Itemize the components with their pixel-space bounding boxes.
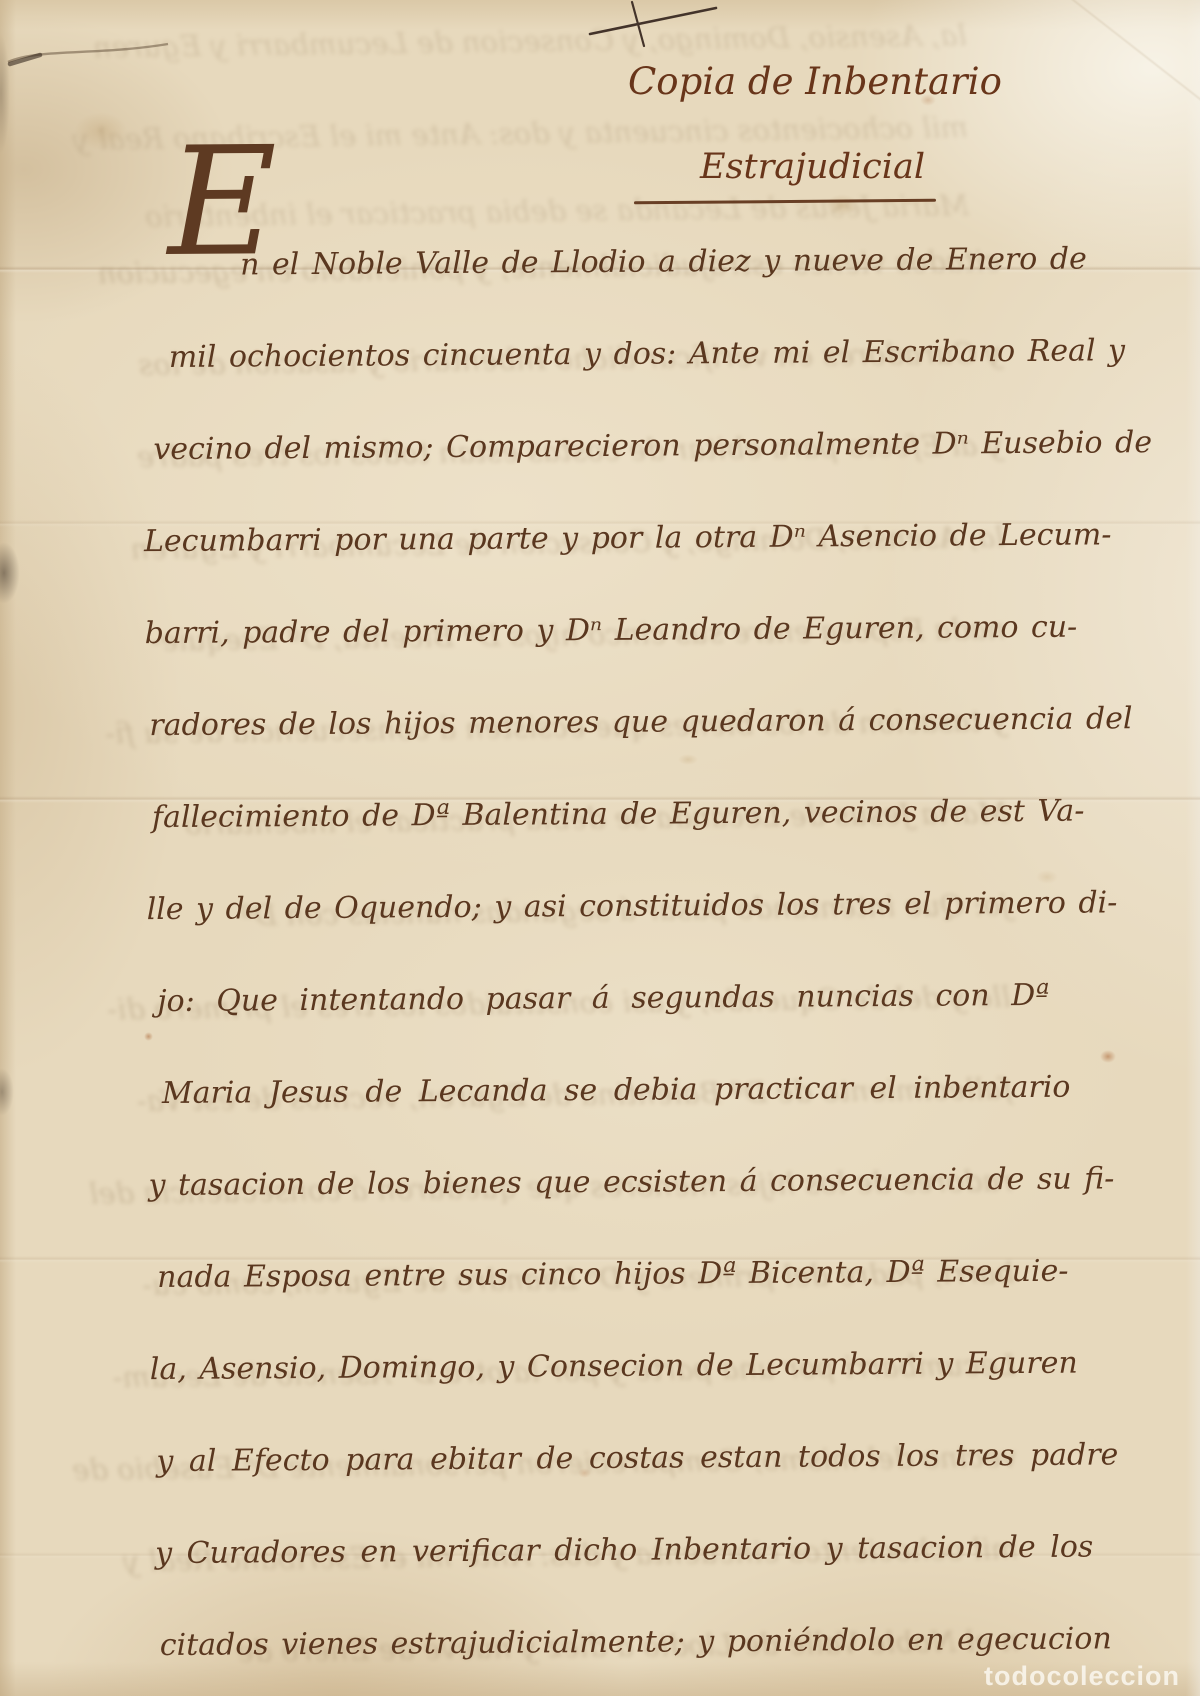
stain [678, 754, 698, 765]
manuscript-page: la, Asensio, Domingo, y Consecion de Lec… [0, 0, 1200, 1696]
manuscript-line: n el Noble Valle de Llodio a diez y nuev… [142, 242, 1087, 284]
stain [1100, 1050, 1116, 1063]
manuscript-line: barri, padre del primero y Dⁿ Leandro de… [145, 610, 1078, 652]
manuscript-line: jo: Que intentando pasar á segundas nunc… [147, 978, 1049, 1019]
manuscript-line: radores de los hijos menores que quedaro… [145, 701, 1132, 743]
manuscript-line: nada Esposa entre sus cinco hijos Dª Bic… [149, 1254, 1068, 1295]
corner-crease-line [1046, 0, 1200, 142]
manuscript-line: citados vienes estrajudicialmente; y pon… [152, 1621, 1112, 1663]
manuscript-line: Lecumbarri por una parte y por la otra D… [144, 517, 1112, 559]
manuscript-line: vecino del mismo; Comparecieron personal… [143, 425, 1152, 467]
manuscript-line: Maria Jesus de Lecanda se debia practica… [148, 1070, 1071, 1111]
edge-smudge [0, 542, 20, 604]
title-underline [634, 199, 936, 205]
crossed-out-mark [580, 0, 730, 50]
stain [144, 1032, 153, 1041]
bleedthrough-line: la, Asensio, Domingo, y Consecion de Lec… [93, 18, 967, 64]
stain [826, 194, 858, 216]
stain [1036, 870, 1058, 884]
edge-smudge [0, 1068, 14, 1116]
manuscript-line: lle y del de Oquendo; y asi constituidos… [147, 885, 1118, 927]
manuscript-line: y al Efecto para ebitar de costas estan … [150, 1437, 1118, 1479]
manuscript-body: E n el Noble Valle de Llodio a diez y nu… [142, 242, 1042, 248]
paper-crease-mark [0, 28, 190, 88]
document-subtitle: Estrajudicial [700, 147, 925, 187]
manuscript-line: la, Asensio, Domingo, y Consecion de Lec… [150, 1346, 1078, 1387]
manuscript-line: y Curadores en verificar dicho Inbentari… [151, 1530, 1093, 1572]
document-title: Copia de Inbentario [628, 60, 1002, 103]
stain [74, 112, 128, 150]
watermark: todocoleccion [984, 1661, 1180, 1692]
manuscript-line: y tasacion de los bienes que ecsisten á … [148, 1161, 1114, 1203]
manuscript-line: fallecimiento de Dª Balentina de Eguren,… [146, 794, 1085, 836]
manuscript-line: mil ochocientos cincuenta y dos: Ante mi… [143, 333, 1125, 375]
